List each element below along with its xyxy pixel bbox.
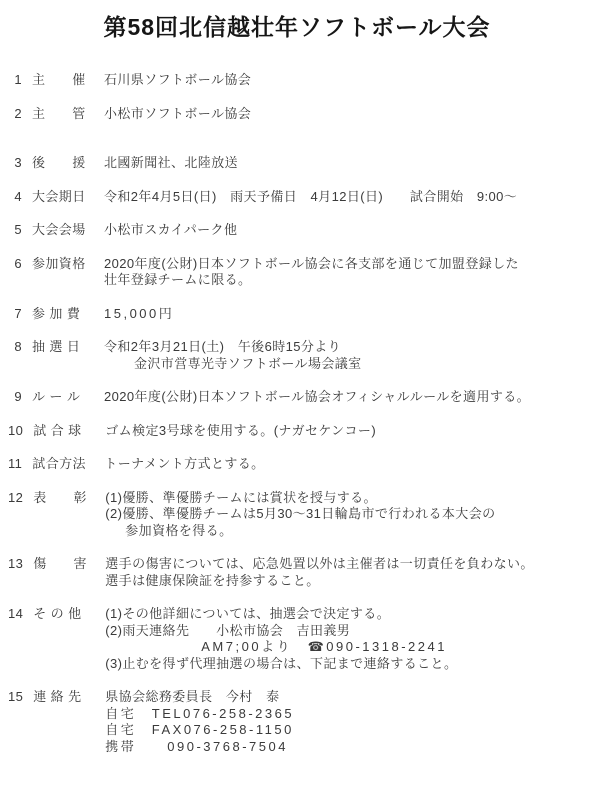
items-list: 1主 催石川県ソフトボール協会2主 管小松市ソフトボール協会3後 援北國新聞社、… <box>8 72 586 755</box>
list-item: 9ル ー ル2020年度(公財)日本ソフトボール協会オフィシャルルールを適用する… <box>8 389 586 406</box>
item-number: 14 <box>8 606 23 623</box>
item-content: 2020年度(公財)日本ソフトボール協会に各支部を通じて加盟登録した壮年登録チー… <box>104 256 586 289</box>
list-item: 10試 合 球ゴム検定3号球を使用する。(ナガセケンコー) <box>8 423 586 440</box>
list-item: 8抽 選 日令和2年3月21日(土) 午後6時15分より金沢市営専光寺ソフトボー… <box>8 339 586 372</box>
item-number: 1 <box>8 72 22 89</box>
list-item: 14そ の 他(1)その他詳細については、抽選会で決定する。(2)雨天連絡先 小… <box>8 606 586 672</box>
item-text-line: トーナメント方式とする。 <box>104 456 586 473</box>
list-item: 7参 加 費15,000円 <box>8 306 586 323</box>
item-text-line: 自宅 FAX076-258-1150 <box>105 722 586 739</box>
item-content: 15,000円 <box>104 306 586 323</box>
item-text-line: 小松市スカイパーク他 <box>104 222 586 239</box>
item-number: 3 <box>8 155 22 172</box>
item-number: 12 <box>8 490 23 507</box>
item-text-line: 選手は健康保険証を持参すること。 <box>105 573 586 590</box>
item-number: 6 <box>8 256 22 273</box>
document-page: 第58回北信越壮年ソフトボール大会 1主 催石川県ソフトボール協会2主 管小松市… <box>0 0 600 792</box>
item-content: 県協会総務委員長 今村 泰自宅 TEL076-258-2365自宅 FAX076… <box>105 689 586 755</box>
item-content: 石川県ソフトボール協会 <box>104 72 586 89</box>
item-label: 試 合 球 <box>33 423 105 440</box>
item-text-line: ゴム検定3号球を使用する。(ナガセケンコー) <box>105 423 586 440</box>
item-label: 表 彰 <box>33 490 105 507</box>
item-content: 北國新聞社、北陸放送 <box>104 155 586 172</box>
list-item: 5大会会場小松市スカイパーク他 <box>8 222 586 239</box>
item-content: ゴム検定3号球を使用する。(ナガセケンコー) <box>105 423 586 440</box>
item-number: 8 <box>8 339 22 356</box>
item-label: 大会会場 <box>32 222 104 239</box>
item-content: 令和2年4月5日(日) 雨天予備日 4月12日(日) 試合開始 9:00～ <box>104 189 586 206</box>
item-label: 後 援 <box>32 155 104 172</box>
item-text-line: 令和2年3月21日(土) 午後6時15分より <box>104 339 586 356</box>
item-text-line: 携帯 090-3768-7504 <box>105 739 586 756</box>
item-label: 参加資格 <box>32 256 104 273</box>
item-text-line: 令和2年4月5日(日) 雨天予備日 4月12日(日) 試合開始 9:00～ <box>104 189 586 206</box>
item-content: 令和2年3月21日(土) 午後6時15分より金沢市営専光寺ソフトボール場会議室 <box>104 339 586 372</box>
item-content: 小松市ソフトボール協会 <box>104 106 586 123</box>
item-label: 試合方法 <box>32 456 104 473</box>
list-item: 3後 援北國新聞社、北陸放送 <box>8 155 586 172</box>
item-content: (1)その他詳細については、抽選会で決定する。(2)雨天連絡先 小松市協会 吉田… <box>105 606 586 672</box>
item-text-line: (1)その他詳細については、抽選会で決定する。 <box>105 606 586 623</box>
item-label: 抽 選 日 <box>32 339 104 356</box>
item-number: 7 <box>8 306 22 323</box>
item-label: 参 加 費 <box>32 306 104 323</box>
item-text-line: 自宅 TEL076-258-2365 <box>105 706 586 723</box>
item-content: 選手の傷害については、応急処置以外は主催者は一切責任を負わない。選手は健康保険証… <box>105 556 586 589</box>
item-text-line: 15,000円 <box>104 306 586 323</box>
list-item: 6参加資格2020年度(公財)日本ソフトボール協会に各支部を通じて加盟登録した壮… <box>8 256 586 289</box>
page-title: 第58回北信越壮年ソフトボール大会 <box>8 12 586 42</box>
item-number: 2 <box>8 106 22 123</box>
item-number: 11 <box>8 456 22 473</box>
item-text-line: 県協会総務委員長 今村 泰 <box>105 689 586 706</box>
item-number: 15 <box>8 689 23 706</box>
item-label: 傷 害 <box>33 556 105 573</box>
item-text-line: AM7;00より ☎090-1318-2241 <box>105 639 586 656</box>
item-number: 10 <box>8 423 23 440</box>
item-text-line: 選手の傷害については、応急処置以外は主催者は一切責任を負わない。 <box>105 556 586 573</box>
item-label: そ の 他 <box>33 606 105 623</box>
item-text-line: 金沢市営専光寺ソフトボール場会議室 <box>104 356 586 373</box>
item-text-line: 壮年登録チームに限る。 <box>104 272 586 289</box>
list-item: 11試合方法トーナメント方式とする。 <box>8 456 586 473</box>
list-item: 4大会期日令和2年4月5日(日) 雨天予備日 4月12日(日) 試合開始 9:0… <box>8 189 586 206</box>
item-content: 2020年度(公財)日本ソフトボール協会オフィシャルルールを適用する。 <box>104 389 586 406</box>
item-text-line: 北國新聞社、北陸放送 <box>104 155 586 172</box>
list-item: 15連 絡 先県協会総務委員長 今村 泰自宅 TEL076-258-2365自宅… <box>8 689 586 755</box>
item-text-line: (1)優勝、準優勝チームには賞状を授与する。 <box>105 490 586 507</box>
list-item: 1主 催石川県ソフトボール協会 <box>8 72 586 89</box>
item-label: 主 催 <box>32 72 104 89</box>
item-label: 大会期日 <box>32 189 104 206</box>
item-content: トーナメント方式とする。 <box>104 456 586 473</box>
item-number: 9 <box>8 389 22 406</box>
item-label: ル ー ル <box>32 389 104 406</box>
list-item: 13傷 害選手の傷害については、応急処置以外は主催者は一切責任を負わない。選手は… <box>8 556 586 589</box>
item-text-line: 参加資格を得る。 <box>105 523 586 540</box>
item-text-line: 2020年度(公財)日本ソフトボール協会に各支部を通じて加盟登録した <box>104 256 586 273</box>
list-item: 12表 彰(1)優勝、準優勝チームには賞状を授与する。(2)優勝、準優勝チームは… <box>8 490 586 540</box>
item-text-line: (2)優勝、準優勝チームは5月30～31日輪島市で行われる本大会の <box>105 506 586 523</box>
item-text-line: 石川県ソフトボール協会 <box>104 72 586 89</box>
item-number: 13 <box>8 556 23 573</box>
item-text-line: 小松市ソフトボール協会 <box>104 106 586 123</box>
list-item: 2主 管小松市ソフトボール協会 <box>8 106 586 123</box>
item-label: 主 管 <box>32 106 104 123</box>
item-number: 4 <box>8 189 22 206</box>
item-number: 5 <box>8 222 22 239</box>
item-content: 小松市スカイパーク他 <box>104 222 586 239</box>
item-text-line: 2020年度(公財)日本ソフトボール協会オフィシャルルールを適用する。 <box>104 389 586 406</box>
item-text-line: (3)止むを得ず代理抽選の場合は、下記まで連絡すること。 <box>105 656 586 673</box>
item-text-line: (2)雨天連絡先 小松市協会 吉田義男 <box>105 623 586 640</box>
item-content: (1)優勝、準優勝チームには賞状を授与する。(2)優勝、準優勝チームは5月30～… <box>105 490 586 540</box>
item-label: 連 絡 先 <box>33 689 105 706</box>
